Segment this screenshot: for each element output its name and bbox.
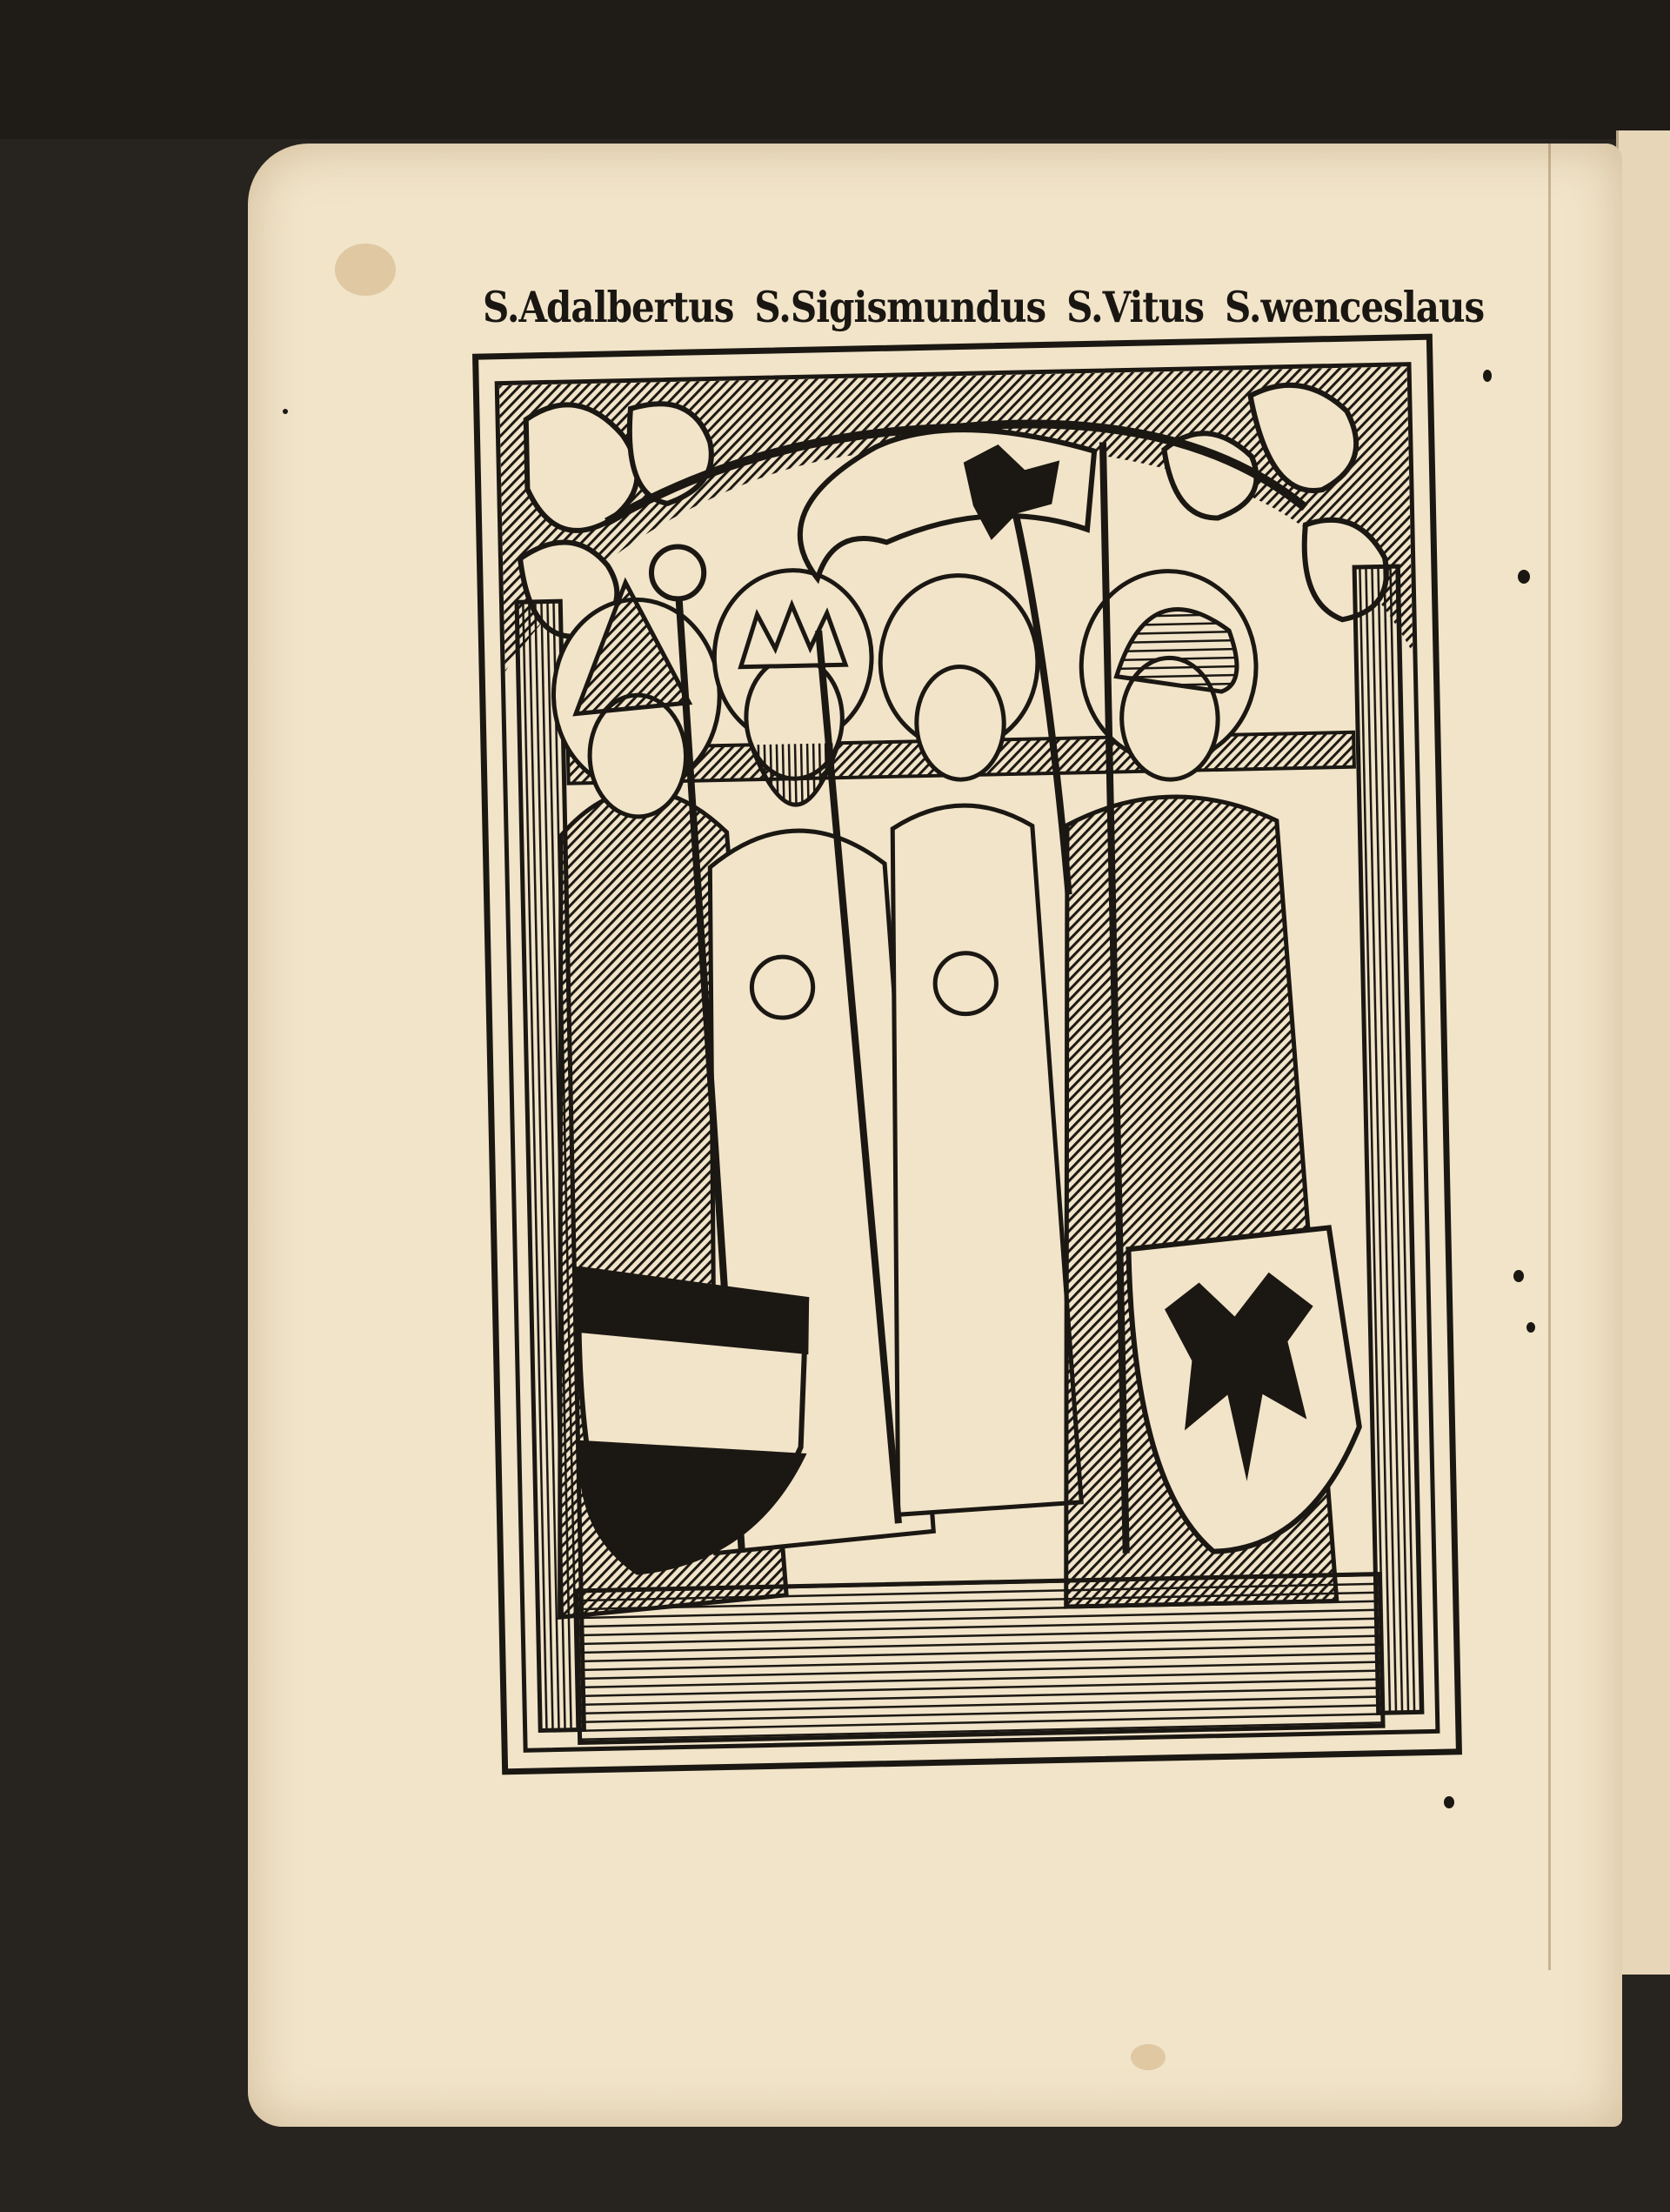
ink-speck	[1513, 1270, 1524, 1282]
ink-speck	[1444, 1796, 1454, 1808]
foxing-stain	[1131, 2044, 1166, 2070]
caption-vitus: S.Vitus	[1066, 283, 1204, 331]
adjacent-leaf	[1616, 130, 1670, 1975]
scan-backdrop	[0, 0, 1670, 139]
ink-speck	[1526, 1322, 1535, 1333]
foxing-stain	[335, 244, 396, 296]
caption-sigismundus: S.Sigismundus	[754, 283, 1045, 331]
woodcut-illustration	[495, 362, 1440, 1753]
woodcut-frame	[472, 334, 1462, 1775]
caption-wenceslaus: S.wenceslaus	[1225, 283, 1484, 331]
ink-speck	[1483, 370, 1492, 382]
page-fold	[1548, 144, 1551, 1970]
caption-adalbertus: S.Adalbertus	[483, 283, 733, 331]
caption-header: S.Adalbertus S.Sigismundus S.Vitus S.wen…	[483, 277, 1440, 329]
ink-speck	[1518, 570, 1530, 584]
ink-speck	[283, 409, 288, 414]
woodcut-scene-graphic	[499, 366, 1436, 1748]
